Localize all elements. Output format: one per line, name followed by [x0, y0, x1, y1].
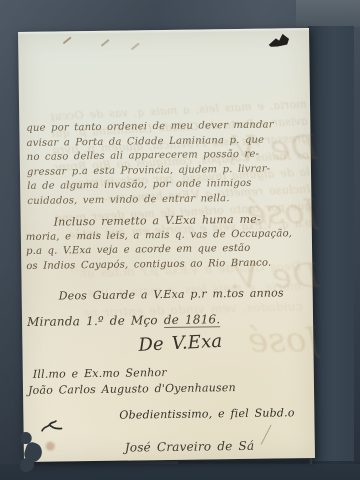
backdrop-light-corner	[296, 0, 360, 27]
de-vexa-flourish: De V.Exa	[138, 331, 223, 356]
dateline-place: Miranda 1.º de Mço	[27, 313, 158, 329]
signature: José Craveiro de Sá	[125, 439, 255, 455]
letter-page: moria, e mais leis, a mais q. vas de Occ…	[18, 28, 315, 462]
closing-formula: Obedientissimo, e fiel Subd.o	[119, 406, 294, 421]
addressee-honorific: Ill.mo e Ex.mo Senhor	[33, 366, 167, 381]
addressee-name: João Carlos Augusto d'Oyenhausen	[28, 381, 236, 397]
tear-stain	[46, 442, 55, 451]
pencil-stroke	[261, 425, 272, 445]
ink-flourish-mark	[40, 415, 66, 433]
ink-blot-mark	[268, 33, 290, 47]
dateline-year: de 1816.	[164, 312, 221, 328]
letter-body-paragraph-2: Incluso remetto a V.Exa huma me- moria, …	[26, 213, 265, 274]
backdrop-bottom-band	[0, 464, 360, 480]
dateline: Miranda 1.º de Mço de 1816.	[27, 312, 220, 329]
faint-pen-stroke	[131, 43, 140, 51]
faint-pen-stroke	[101, 39, 110, 47]
letter-body-paragraph-1: que por tanto ordenei de meu dever manda…	[26, 119, 262, 209]
faint-pen-stroke	[63, 36, 72, 44]
